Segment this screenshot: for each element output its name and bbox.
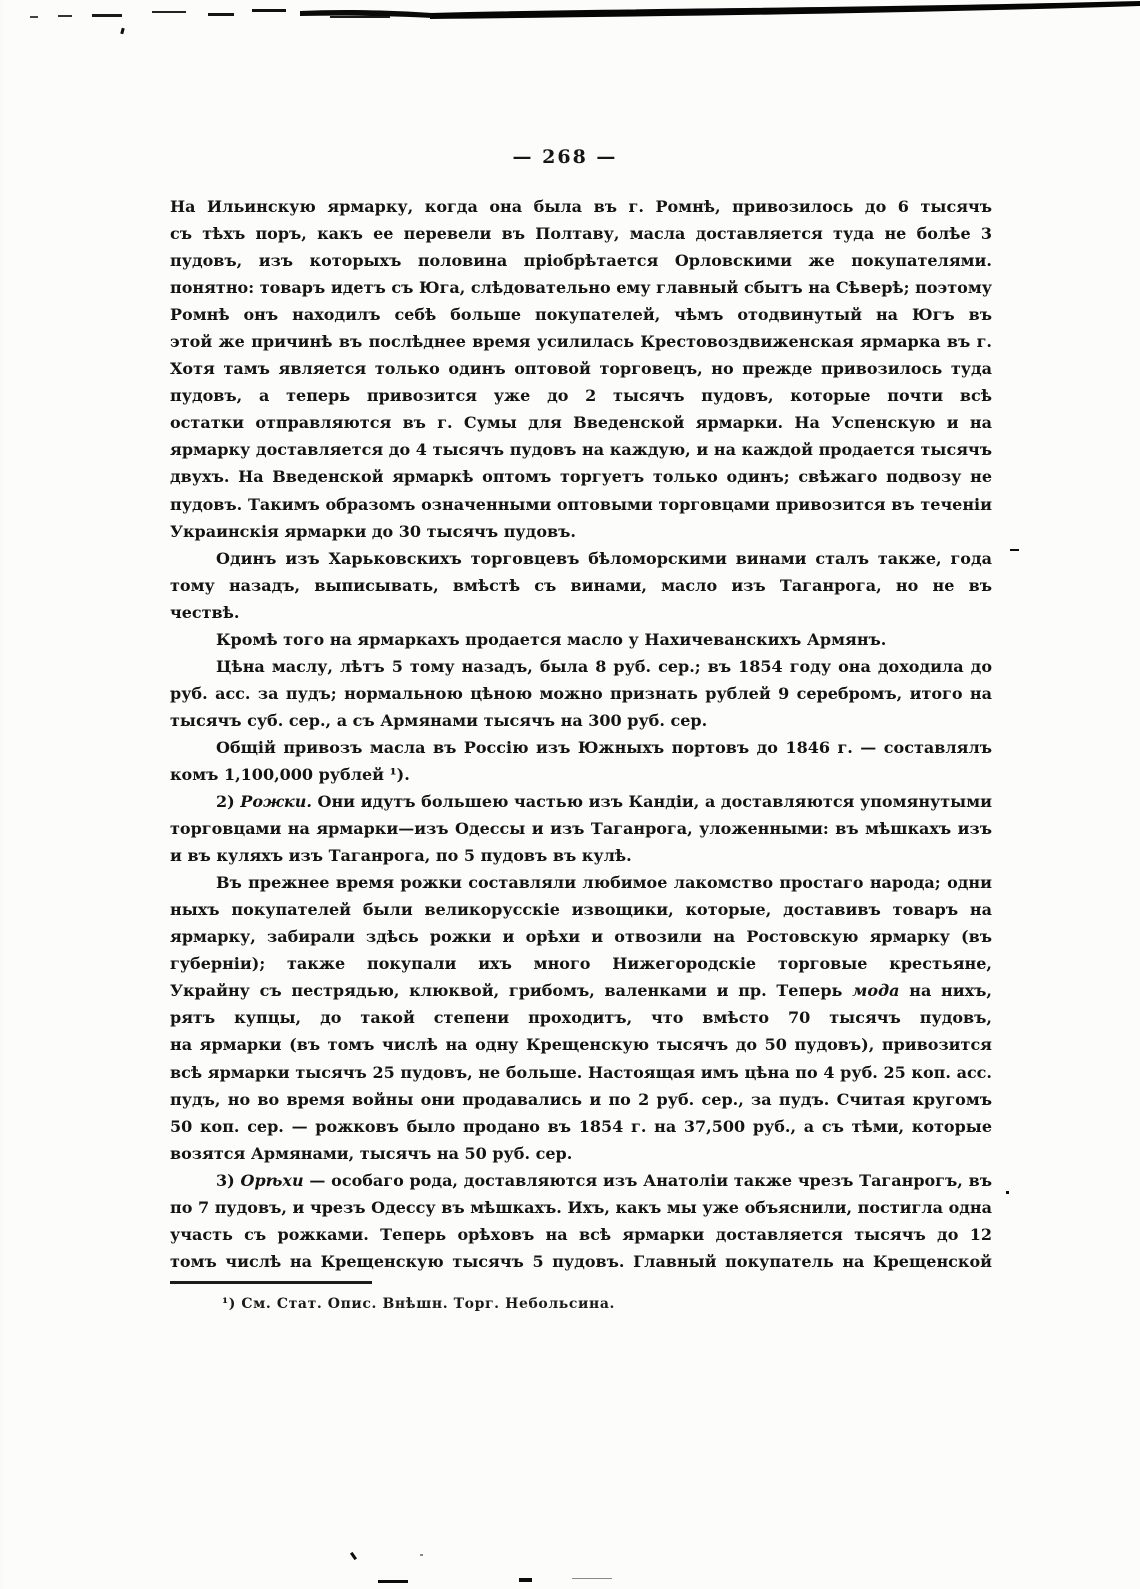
text-line: участь съ рожками. Теперь орѣховъ на всѣ…: [170, 1221, 992, 1248]
text-line: на ярмарки (въ томъ числѣ на одну Крещен…: [170, 1031, 992, 1058]
text-line: комъ 1,100,000 рублей ¹).: [170, 761, 992, 788]
text-line: пудовъ, а теперь привозится уже до 2 тыс…: [170, 382, 992, 409]
text-line: тому назадъ, выписывать, вмѣстѣ съ винам…: [170, 572, 992, 599]
text-line: Цѣна маслу, лѣтъ 5 тому назадъ, была 8 р…: [170, 653, 992, 680]
text-line: и въ куляхъ изъ Таганрога, по 5 пудовъ в…: [170, 842, 992, 869]
text-line: Въ прежнее время рожки составляли любимо…: [170, 869, 992, 896]
book-page: — 268 — На Ильинскую ярмарку, когда она …: [0, 0, 1140, 1589]
text-line: руб. асс. за пудъ; нормальною цѣною можн…: [170, 680, 992, 707]
scan-speck: [378, 1580, 408, 1583]
scan-speck: [350, 1552, 357, 1560]
text-line: Одинъ изъ Харьковскихъ торговцевъ бѣломо…: [170, 545, 992, 572]
text-line: чествѣ.: [170, 599, 992, 626]
text-line: ярмарку, забирали здѣсь рожки и орѣхи и …: [170, 923, 992, 950]
text-line: остатки отправляются въ г. Сумы для Введ…: [170, 409, 992, 436]
text-line: по 7 пудовъ, и чрезъ Одессу въ мѣшкахъ. …: [170, 1194, 992, 1221]
text-line: возятся Армянами, тысячъ на 50 руб. сер.: [170, 1140, 992, 1167]
scan-artifact-top-streak: [0, 0, 1140, 34]
text-line: торговцами на ярмарки—изъ Одессы и изъ Т…: [170, 815, 992, 842]
text-line: Украинскія ярмарки до 30 тысячъ пудовъ.: [170, 518, 992, 545]
text-line: 3) Орѣхи — особаго рода, доставляются из…: [170, 1167, 992, 1194]
text-line: съ тѣхъ поръ, какъ ее перевели въ Полтав…: [170, 220, 992, 247]
text-line: Хотя тамъ является только одинъ оптовой …: [170, 355, 992, 382]
text-line: губерніи); также покупали ихъ много Ниже…: [170, 950, 992, 977]
text-line: На Ильинскую ярмарку, когда она была въ …: [170, 193, 992, 220]
footnote-text: ¹) См. Стат. Опис. Внѣшн. Торг. Небольси…: [222, 1296, 615, 1312]
paragraph: 3) Орѣхи — особаго рода, доставляются из…: [170, 1167, 992, 1275]
text-line: 2) Рожки. Они идутъ большею частью изъ К…: [170, 788, 992, 815]
paragraph: На Ильинскую ярмарку, когда она была въ …: [170, 193, 992, 545]
footnote-separator: [170, 1281, 372, 1284]
paragraph: Общій привозъ масла въ Россію изъ Южныхъ…: [170, 734, 992, 788]
text-line: всѣ ярмарки тысячъ 25 пудовъ, не больше.…: [170, 1059, 992, 1086]
paragraph: Цѣна маслу, лѣтъ 5 тому назадъ, была 8 р…: [170, 653, 992, 734]
paragraph: Одинъ изъ Харьковскихъ торговцевъ бѣломо…: [170, 545, 992, 626]
scan-speck: [1010, 549, 1019, 551]
text-line: понятно: товаръ идетъ съ Юга, слѣдовател…: [170, 274, 992, 301]
scan-speck: [572, 1578, 612, 1579]
scan-speck: [1006, 1191, 1009, 1194]
text-line: томъ числѣ на Крещенскую тысячъ 5 пудовъ…: [170, 1248, 992, 1275]
text-line: этой же причинѣ въ послѣднее время усили…: [170, 328, 992, 355]
text-line: рятъ купцы, до такой степени проходитъ, …: [170, 1004, 992, 1031]
text-line: Ромнѣ онъ находилъ себѣ больше покупател…: [170, 301, 992, 328]
text-line: Кромѣ того на ярмаркахъ продается масло …: [170, 626, 992, 653]
paragraph: 2) Рожки. Они идутъ большею частью изъ К…: [170, 788, 992, 869]
paragraph: Въ прежнее время рожки составляли любимо…: [170, 869, 992, 1167]
text-line: пудовъ. Такимъ образомъ означенными опто…: [170, 491, 992, 518]
body-text: На Ильинскую ярмарку, когда она была въ …: [170, 193, 992, 1275]
text-line: ныхъ покупателей были великорусскіе изво…: [170, 896, 992, 923]
text-line: ярмарку доставляется до 4 тысячъ пудовъ …: [170, 436, 992, 463]
scan-speck: [420, 1554, 423, 1556]
text-line: пудовъ, изъ которыхъ половина пріобрѣтае…: [170, 247, 992, 274]
text-line: Общій привозъ масла въ Россію изъ Южныхъ…: [170, 734, 992, 761]
text-line: пудъ, но во время войны они продавались …: [170, 1086, 992, 1113]
text-line: 50 коп. сер. — рожковъ было продано въ 1…: [170, 1113, 992, 1140]
scan-speck: [519, 1578, 532, 1582]
text-line: двухъ. На Введенской ярмаркѣ оптомъ торг…: [170, 463, 992, 490]
text-line: тысячъ суб. сер., а съ Армянами тысячъ н…: [170, 707, 992, 734]
paragraph: Кромѣ того на ярмаркахъ продается масло …: [170, 626, 992, 653]
text-line: Украйну съ пестрядью, клюквой, грибомъ, …: [170, 977, 992, 1004]
page-number: — 268 —: [140, 146, 990, 168]
